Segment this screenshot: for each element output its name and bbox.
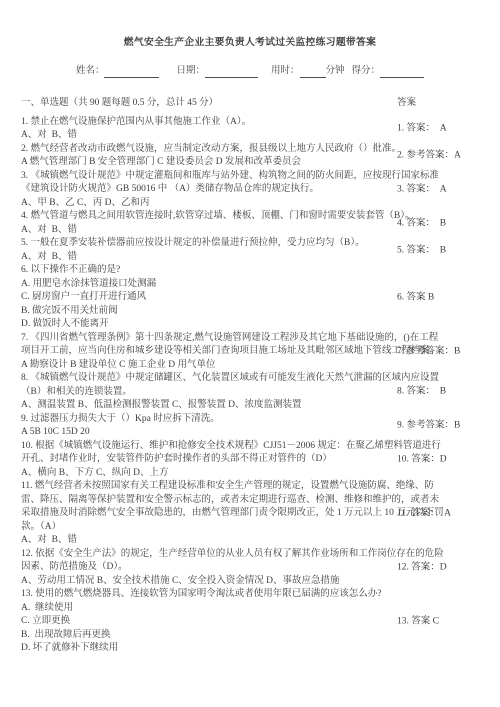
- question-text: 11. 燃气经营者未按照国家有关工程建设标准和安全生产管理的规定，设置燃气设施防…: [21, 480, 445, 534]
- question-option: A、测温装置 B、低温检测报警装置 C、报警装置 D、浓度监测装置: [21, 399, 445, 413]
- name-label: 姓名：: [76, 65, 105, 79]
- question-text: 8. 《城镇燃气设计规范》中规定储罐区、气化装置区域或有可能发生液化天然气泄漏的…: [21, 372, 445, 399]
- question-option: D. 做饭时人不能离开: [21, 318, 445, 332]
- question-option: A、劳动用工情况 B、安全技术措施 C、安全投入资金情况 D、事故应急措施: [21, 575, 445, 589]
- question-text: 7. 《四川省燃气管理条例》第十四条规定,燃气设施管网建设工程涉及其它地下基础设…: [21, 332, 445, 359]
- question-text: 1. 禁止在燃气设施保护范围内从事其他施工作业（A）。: [21, 116, 445, 130]
- question-row: 10. 根据《城镇燃气设施运行、维护和抢修安全技术规程》CJJ51－2006 规…: [21, 440, 500, 481]
- question-answer: 10. 答案：D: [397, 453, 447, 467]
- question-text: 13. 使用的燃气燃烧器具、连接软管为国家明令淘汰或者使用年限已届满的应该怎么办…: [21, 588, 445, 602]
- question-answer: 3. 答案： A: [397, 183, 447, 197]
- question-text: 10. 根据《城镇燃气设施运行、维护和抢修安全技术规程》CJJ51－2006 规…: [21, 440, 445, 467]
- answers-column-header: 答案: [397, 97, 416, 111]
- exam-sheet-page: 燃气安全生产企业主要负责人考试过关监控练习题带答案 姓名： 日期： 用时： 分钟…: [0, 0, 500, 707]
- question-main: 1. 禁止在燃气设施保护范围内从事其他施工作业（A）。A、对 B、错: [21, 116, 445, 143]
- question-answer: 1. 答案： A: [397, 122, 447, 136]
- question-main: 7. 《四川省燃气管理条例》第十四条规定,燃气设施管网建设工程涉及其它地下基础设…: [21, 332, 445, 373]
- question-row: 13. 使用的燃气燃烧器具、连接软管为国家明令淘汰或者使用年限已届满的应该怎么办…: [21, 588, 500, 656]
- question-option: D. 坏了就修补下继续用: [21, 642, 445, 656]
- date-field-blank: [205, 68, 258, 78]
- question-text: 4. 燃气管道与燃具之间用软管连接时,软管穿过墙、楼板、顶棚、门和窗时需要安装套…: [21, 210, 445, 224]
- question-row: 7. 《四川省燃气管理条例》第十四条规定,燃气设施管网建设工程涉及其它地下基础设…: [21, 332, 500, 373]
- question-answer: 2. 参考答案：A: [397, 149, 461, 163]
- question-option: A、对 B、错: [21, 251, 445, 265]
- question-option: C. 厨房窗户一直打开进行通风: [21, 291, 445, 305]
- question-row: 2. 燃气经营者改动市政燃气设施，应当制定改动方案，报县级以上地方人民政府（）批…: [21, 143, 500, 170]
- question-row: 3. 《城镇燃气设计规范》中规定灌瓶间和瓶库与站外建、构筑物之间的防火间距，应按…: [21, 170, 500, 211]
- question-option: A、对 B、错: [21, 534, 445, 548]
- question-main: 2. 燃气经营者改动市政燃气设施，应当制定改动方案，报县级以上地方人民政府（）批…: [21, 143, 445, 170]
- question-main: 9. 过滤器压力损失大于（）Kpa 时应拆下清洗。A 5B 10C 15D 20: [21, 413, 445, 440]
- question-answer: 11. 答案： A: [397, 507, 451, 521]
- question-main: 8. 《城镇燃气设计规范》中规定储罐区、气化装置区域或有可能发生液化天然气泄漏的…: [21, 372, 445, 413]
- question-option: A、横向 B、下方 C、纵向 D、上方: [21, 467, 445, 481]
- page-title: 燃气安全生产企业主要负责人考试过关监控练习题带答案: [21, 36, 479, 50]
- question-main: 13. 使用的燃气燃烧器具、连接软管为国家明令淘汰或者使用年限已届满的应该怎么办…: [21, 588, 445, 656]
- question-answer: 4. 答案： B: [397, 217, 446, 231]
- time-field-blank: [300, 68, 326, 78]
- question-main: 10. 根据《城镇燃气设施运行、维护和抢修安全技术规程》CJJ51－2006 规…: [21, 440, 445, 481]
- question-option: A. 继续使用: [21, 602, 445, 616]
- question-answer: 7. 参考答案：B: [397, 345, 460, 359]
- question-option: A、对 B、错: [21, 224, 445, 238]
- question-answer: 12. 答案：D: [397, 561, 447, 575]
- question-main: 3. 《城镇燃气设计规范》中规定灌瓶间和瓶库与站外建、构筑物之间的防火间距，应按…: [21, 170, 445, 211]
- question-row: 9. 过滤器压力损失大于（）Kpa 时应拆下清洗。A 5B 10C 15D 20…: [21, 413, 500, 440]
- question-option: C. 立即更换: [21, 615, 445, 629]
- question-row: 8. 《城镇燃气设计规范》中规定储罐区、气化装置区域或有可能发生液化天然气泄漏的…: [21, 372, 500, 413]
- header-form-row: 姓名： 日期： 用时： 分钟 得分：: [21, 65, 479, 79]
- section-heading-row: 一、单选题（共 90 题每题 0.5 分，总计 45 分） 答案: [21, 97, 500, 111]
- section-heading: 一、单选题（共 90 题每题 0.5 分，总计 45 分）: [21, 98, 218, 108]
- question-text: 9. 过滤器压力损失大于（）Kpa 时应拆下清洗。: [21, 413, 445, 427]
- question-text: 12. 依据《安全生产法》的规定，生产经营单位的从业人员有权了解其作业场所和工作…: [21, 548, 445, 575]
- question-answer: 9. 参考答案：B: [397, 419, 460, 433]
- question-option: A、对 B、错: [21, 129, 445, 143]
- question-main: 6. 以下操作不正确的是?A. 用肥皂水涂抹管道接口处测漏C. 厨房窗户一直打开…: [21, 264, 445, 332]
- question-option: B. 做完饭不用关灶前阀: [21, 305, 445, 319]
- question-answer: 6. 答案 B: [397, 291, 434, 305]
- question-option: A. 用肥皂水涂抹管道接口处测漏: [21, 278, 445, 292]
- score-field-blank: [380, 68, 424, 78]
- question-option: A 勘察设计 B 建设单位 C 施工企业 D 用气单位: [21, 359, 445, 373]
- question-row: 4. 燃气管道与燃具之间用软管连接时,软管穿过墙、楼板、顶棚、门和窗时需要安装套…: [21, 210, 500, 237]
- question-main: 12. 依据《安全生产法》的规定，生产经营单位的从业人员有权了解其作业场所和工作…: [21, 548, 445, 589]
- name-field-blank: [104, 68, 159, 78]
- question-text: 5. 一般在夏季安装补偿器前应按设计规定的补偿量进行预拉伸，受力应均匀（B）。: [21, 237, 445, 251]
- question-option: A 5B 10C 15D 20: [21, 426, 445, 440]
- question-row: 5. 一般在夏季安装补偿器前应按设计规定的补偿量进行预拉伸，受力应均匀（B）。A…: [21, 237, 500, 264]
- date-label: 日期：: [176, 65, 205, 79]
- question-answer: 13. 答案 C: [397, 615, 439, 629]
- question-option: A、甲 B、乙 C、丙 D、乙和丙: [21, 197, 445, 211]
- question-answer: 5. 答案： B: [397, 244, 446, 258]
- time-label: 用时：: [271, 65, 300, 79]
- question-option: A 燃气管理部门 B 安全管理部门 C 建设委员会 D 发展和改革委员会: [21, 156, 445, 170]
- question-main: 5. 一般在夏季安装补偿器前应按设计规定的补偿量进行预拉伸，受力应均匀（B）。A…: [21, 237, 445, 264]
- questions-container: 1. 禁止在燃气设施保护范围内从事其他施工作业（A）。A、对 B、错1. 答案：…: [21, 116, 500, 656]
- score-label: 得分：: [352, 65, 381, 79]
- question-text: 6. 以下操作不正确的是?: [21, 264, 445, 278]
- question-main: 11. 燃气经营者未按照国家有关工程建设标准和安全生产管理的规定，设置燃气设施防…: [21, 480, 445, 548]
- question-row: 12. 依据《安全生产法》的规定，生产经营单位的从业人员有权了解其作业场所和工作…: [21, 548, 500, 589]
- question-row: 6. 以下操作不正确的是?A. 用肥皂水涂抹管道接口处测漏C. 厨房窗户一直打开…: [21, 264, 500, 332]
- question-text: 2. 燃气经营者改动市政燃气设施，应当制定改动方案，报县级以上地方人民政府（）批…: [21, 143, 445, 157]
- time-unit-label: 分钟: [326, 65, 345, 79]
- question-main: 4. 燃气管道与燃具之间用软管连接时,软管穿过墙、楼板、顶棚、门和窗时需要安装套…: [21, 210, 445, 237]
- question-option: B. 出现故障后再更换: [21, 629, 445, 643]
- question-row: 11. 燃气经营者未按照国家有关工程建设标准和安全生产管理的规定，设置燃气设施防…: [21, 480, 500, 548]
- question-answer: 8. 答案： B: [397, 386, 446, 400]
- question-text: 3. 《城镇燃气设计规范》中规定灌瓶间和瓶库与站外建、构筑物之间的防火间距，应按…: [21, 170, 445, 197]
- question-row: 1. 禁止在燃气设施保护范围内从事其他施工作业（A）。A、对 B、错1. 答案：…: [21, 116, 500, 143]
